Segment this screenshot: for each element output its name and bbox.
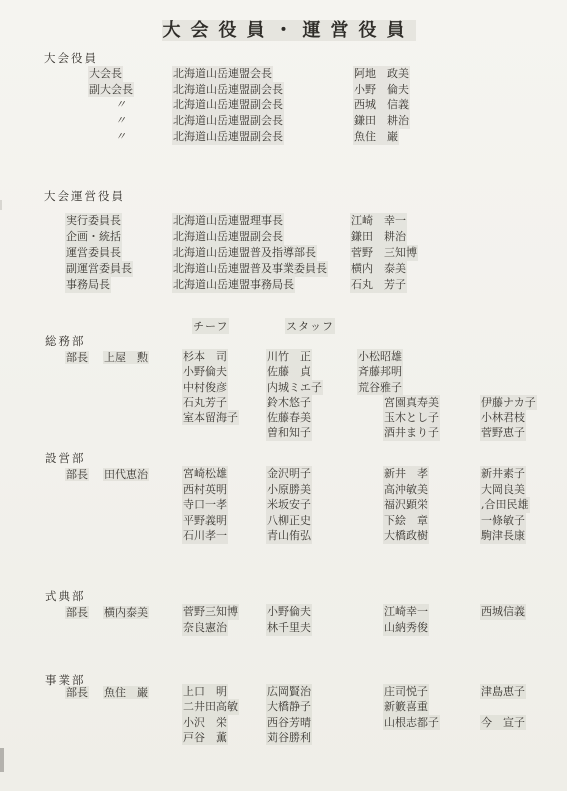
officer-org: 北海道山岳連盟副会長 [172, 97, 284, 113]
officer-org: 北海道山岳連盟普及指導部長 [172, 245, 317, 261]
page-title-text: 大会役員・運営役員 [162, 20, 416, 41]
member-row: 寺口一孝 米坂安子 福沢顕栄 ,合田民雄 [182, 497, 530, 513]
officer-org: 北海道山岳連盟副会長 [172, 82, 284, 98]
member-row: 小沢 栄 西谷芳晴 山根志都子 今 宣子 [182, 715, 526, 730]
dept-members-setsuei: 宮崎松雄 金沢明子 新井 孝 新井素子 西村英明 小原勝美 高沖敏美 大岡良美 … [182, 466, 530, 544]
member-row: 杉本 司 川竹 正 小松昭雄 [182, 349, 537, 364]
officer-row: 運営委員長 北海道山岳連盟普及指導部長 菅野 三知博 [65, 245, 418, 261]
officer-org: 北海道山岳連盟会長 [172, 66, 273, 82]
officer-name: 横内 泰美 [350, 261, 407, 277]
member-name: 小沢 栄 [182, 715, 228, 730]
member-name: 川竹 正 [266, 349, 312, 364]
member-name: 小松昭雄 [357, 349, 403, 364]
member-row: 戸谷 薫 苅谷勝利 [182, 730, 526, 745]
officers-list: 大会長 北海道山岳連盟会長 阿地 政美 副大会長 北海道山岳連盟副会長 小野 倫… [88, 66, 410, 145]
member-row: 上口 明 広岡賢治 庄司悦子 津島恵子 [182, 684, 526, 699]
dept-members-shikiten: 菅野三知博 小野倫夫 江崎幸一 西城信義 奈良憲治 林千里夫 山納秀俊 [182, 604, 526, 636]
dept-heading-shikiten: 式典部 [45, 588, 86, 604]
member-name: 二井田高敏 [182, 699, 239, 714]
member-name: 庄司悦子 [383, 684, 429, 699]
member-name: 金沢明子 [266, 466, 312, 482]
member-name: 米坂安子 [266, 497, 312, 513]
officer-name: 西城 信義 [353, 97, 410, 113]
member-name: 内城ミエ子 [266, 380, 323, 395]
member-name: 新井素子 [480, 466, 526, 482]
dept-heading-setsuei: 設営部 [45, 450, 86, 466]
member-name: 菅野三知博 [182, 604, 239, 620]
member-row: 奈良憲治 林千里夫 山納秀俊 [182, 620, 526, 636]
member-row: 室本留海子 佐藤春美 玉木とし子 小林君枝 [182, 410, 537, 425]
member-name: 佐藤 貞 [266, 364, 312, 379]
officer-row: 〃 北海道山岳連盟副会長 西城 信義 [88, 97, 410, 113]
member-name: 山根志都子 [383, 715, 440, 730]
officer-org: 北海道山岳連盟副会長 [172, 113, 284, 129]
leader-label: 部長 [65, 351, 89, 364]
member-name: 佐藤春美 [266, 410, 312, 425]
leader-name: 魚住 巌 [103, 686, 149, 699]
officer-role: 実行委員長 [65, 213, 122, 229]
member-name: 寺口一孝 [182, 497, 228, 513]
member-row: 曽和知子 酒井まり子 菅野恵子 [182, 425, 537, 440]
member-name: 林千里夫 [266, 620, 312, 636]
officer-org: 北海道山岳連盟副会長 [172, 129, 284, 145]
member-name: 宮崎松雄 [182, 466, 228, 482]
member-row: 石丸芳子 鈴木悠子 宮園真寿美 伊藤ナカ子 [182, 395, 537, 410]
member-name: 小野倫夫 [266, 604, 312, 620]
leader-name: 田代恵治 [103, 468, 149, 481]
scan-artifact [0, 748, 4, 772]
member-name: 宮園真寿美 [383, 395, 440, 410]
officer-name: 魚住 巌 [353, 129, 399, 145]
dept-leader-row: 部長魚住 巌 [65, 684, 149, 700]
officer-row: 〃 北海道山岳連盟副会長 魚住 巌 [88, 129, 410, 145]
dept-leader-row: 部長田代恵治 [65, 466, 149, 482]
document-page: 大会役員・運営役員 大会役員 大会長 北海道山岳連盟会長 阿地 政美 副大会長 … [0, 0, 567, 791]
member-name: 今 宣子 [480, 715, 526, 730]
member-name: 小原勝美 [266, 482, 312, 498]
member-name: 新井 孝 [383, 466, 429, 482]
member-name: 駒津長康 [480, 528, 526, 544]
member-name: 大岡良美 [480, 482, 526, 498]
member-name: 中村俊彦 [182, 380, 228, 395]
officer-row: 副大会長 北海道山岳連盟副会長 小野 倫夫 [88, 82, 410, 98]
operations-section-heading: 大会運営役員 [44, 188, 125, 204]
member-name: ,合田民雄 [480, 497, 530, 513]
officer-name: 鎌田 耕治 [350, 229, 407, 245]
officer-name: 菅野 三知博 [350, 245, 418, 261]
member-name: 西城信義 [480, 604, 526, 620]
officer-org: 北海道山岳連盟理事長 [172, 213, 284, 229]
dept-leader-row: 部長横内泰美 [65, 604, 149, 620]
officer-org: 北海道山岳連盟事務局長 [172, 277, 295, 293]
member-row: 小野倫夫 佐藤 貞 斉藤邦明 [182, 364, 537, 379]
officer-row: 副運営委員長 北海道山岳連盟普及事業委員長 横内 泰美 [65, 261, 418, 277]
member-name: 奈良憲治 [182, 620, 228, 636]
member-name: 平野義明 [182, 513, 228, 529]
member-name: 山納秀俊 [383, 620, 429, 636]
member-row: 宮崎松雄 金沢明子 新井 孝 新井素子 [182, 466, 530, 482]
member-name: 一條敏子 [480, 513, 526, 529]
member-name: 菅野恵子 [480, 425, 526, 440]
member-name: 大橋静子 [266, 699, 312, 714]
member-name: 石川孝一 [182, 528, 228, 544]
officer-name: 江崎 幸一 [350, 213, 407, 229]
leader-label: 部長 [65, 606, 89, 619]
officer-org: 北海道山岳連盟普及事業委員長 [172, 261, 328, 277]
officer-row: 実行委員長 北海道山岳連盟理事長 江崎 幸一 [65, 213, 418, 229]
officer-row: 事務局長 北海道山岳連盟事務局長 石丸 芳子 [65, 277, 418, 293]
member-name: 西谷芳晴 [266, 715, 312, 730]
officer-row: 企画・統括 北海道山岳連盟副会長 鎌田 耕治 [65, 229, 418, 245]
leader-label: 部長 [65, 686, 89, 699]
member-name: 大橋政樹 [383, 528, 429, 544]
member-name: 広岡賢治 [266, 684, 312, 699]
member-name: 鈴木悠子 [266, 395, 312, 410]
member-name: 八柳正史 [266, 513, 312, 529]
member-name: 江崎幸一 [383, 604, 429, 620]
member-row: 西村英明 小原勝美 高沖敏美 大岡良美 [182, 482, 530, 498]
ditto-mark: 〃 [88, 129, 127, 145]
chief-column-header: チーフ [192, 318, 229, 334]
member-name: 伊藤ナカ子 [480, 395, 537, 410]
officer-role: 副運営委員長 [65, 261, 133, 277]
member-name: 斉藤邦明 [357, 364, 403, 379]
ditto-mark: 〃 [88, 113, 127, 129]
operations-list: 実行委員長 北海道山岳連盟理事長 江崎 幸一 企画・統括 北海道山岳連盟副会長 … [65, 213, 418, 293]
officer-role: 企画・統括 [65, 229, 122, 245]
officer-org: 北海道山岳連盟副会長 [172, 229, 284, 245]
officer-name: 石丸 芳子 [350, 277, 407, 293]
officer-role: 事務局長 [65, 277, 111, 293]
member-name: 青山侑弘 [266, 528, 312, 544]
officer-name: 鎌田 耕治 [353, 113, 410, 129]
member-name: 石丸芳子 [182, 395, 228, 410]
leader-name: 上屋 勲 [103, 351, 149, 364]
member-name: 戸谷 薫 [182, 730, 228, 745]
member-name: 酒井まり子 [383, 425, 440, 440]
member-name: 室本留海子 [182, 410, 239, 425]
dept-members-somu: 杉本 司 川竹 正 小松昭雄 小野倫夫 佐藤 貞 斉藤邦明 中村俊彦 内城ミエ子… [182, 349, 537, 441]
officer-row: 〃 北海道山岳連盟副会長 鎌田 耕治 [88, 113, 410, 129]
officer-name: 小野 倫夫 [353, 82, 410, 98]
dept-leader-row: 部長上屋 勲 [65, 349, 149, 365]
member-name: 玉木とし子 [383, 410, 440, 425]
member-name: 杉本 司 [182, 349, 228, 364]
officer-role: 副大会長 [88, 82, 134, 98]
member-row: 平野義明 八柳正史 下絵 章 一條敏子 [182, 513, 530, 529]
member-name: 苅谷勝利 [266, 730, 312, 745]
member-name: 曽和知子 [266, 425, 312, 440]
dept-members-jigyo: 上口 明 広岡賢治 庄司悦子 津島恵子 二井田高敏 大橋静子 新籔喜重 小沢 栄… [182, 684, 526, 745]
staff-column-header: スタッフ [285, 318, 335, 334]
member-name: 高沖敏美 [383, 482, 429, 498]
member-name: 小林君枝 [480, 410, 526, 425]
member-row: 二井田高敏 大橋静子 新籔喜重 [182, 699, 526, 714]
officer-row: 大会長 北海道山岳連盟会長 阿地 政美 [88, 66, 410, 82]
member-name: 津島恵子 [480, 684, 526, 699]
member-name: 荒谷雅子 [357, 380, 403, 395]
scan-artifact [0, 200, 2, 210]
officer-role: 大会長 [88, 66, 123, 82]
member-name: 西村英明 [182, 482, 228, 498]
leader-name: 横内泰美 [103, 606, 149, 619]
member-name: 下絵 章 [383, 513, 429, 529]
member-name: 新籔喜重 [383, 699, 429, 714]
officers-section-heading: 大会役員 [44, 50, 98, 66]
dept-heading-somu: 総務部 [45, 333, 86, 349]
member-row: 石川孝一 青山侑弘 大橋政樹 駒津長康 [182, 528, 530, 544]
officer-role: 運営委員長 [65, 245, 122, 261]
member-name: 福沢顕栄 [383, 497, 429, 513]
ditto-mark: 〃 [88, 97, 127, 113]
member-row: 菅野三知博 小野倫夫 江崎幸一 西城信義 [182, 604, 526, 620]
member-name: 小野倫夫 [182, 364, 228, 379]
member-name: 上口 明 [182, 684, 228, 699]
page-title: 大会役員・運営役員 [0, 16, 567, 42]
leader-label: 部長 [65, 468, 89, 481]
member-row: 中村俊彦 内城ミエ子 荒谷雅子 [182, 380, 537, 395]
officer-name: 阿地 政美 [353, 66, 410, 82]
